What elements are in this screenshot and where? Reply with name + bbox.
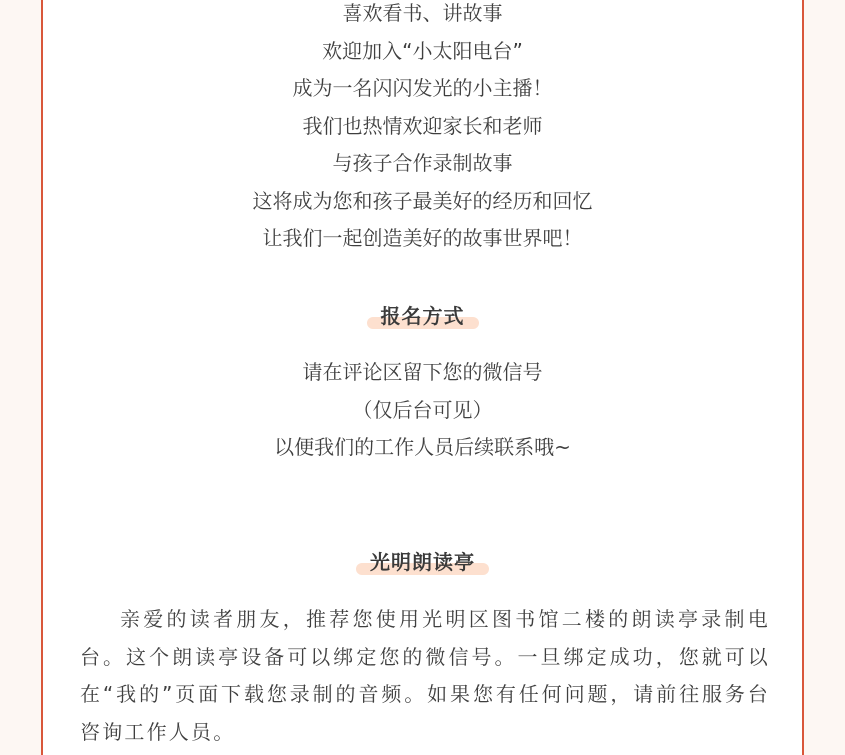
signup-heading: 报名方式 bbox=[367, 302, 479, 330]
signup-line: 以便我们的工作人员后续联系哦~ bbox=[43, 429, 802, 467]
signup-heading-text: 报名方式 bbox=[381, 304, 465, 328]
kiosk-heading: 光明朗读亭 bbox=[356, 548, 489, 576]
intro-line: 欢迎加入“小太阳电台” bbox=[43, 33, 802, 71]
kiosk-heading-text: 光明朗读亭 bbox=[370, 550, 475, 574]
intro-line: 我们也热情欢迎家长和老师 bbox=[43, 108, 802, 146]
signup-section: 请在评论区留下您的微信号 （仅后台可见） 以便我们的工作人员后续联系哦~ bbox=[43, 354, 802, 467]
intro-line: 这将成为您和孩子最美好的经历和回忆 bbox=[43, 183, 802, 221]
kiosk-heading-wrap: 光明朗读亭 bbox=[43, 548, 802, 576]
kiosk-paragraph: 亲爱的读者朋友，推荐您使用光明区图书馆二楼的朗读亭录制电台。这个朗读亭设备可以绑… bbox=[80, 601, 770, 751]
article-card: 喜欢看书、讲故事 欢迎加入“小太阳电台” 成为一名闪闪发光的小主播！ 我们也热情… bbox=[41, 0, 804, 755]
intro-line: 成为一名闪闪发光的小主播！ bbox=[43, 70, 802, 108]
intro-section: 喜欢看书、讲故事 欢迎加入“小太阳电台” 成为一名闪闪发光的小主播！ 我们也热情… bbox=[43, 0, 802, 258]
intro-line: 与孩子合作录制故事 bbox=[43, 145, 802, 183]
signup-line: 请在评论区留下您的微信号 bbox=[43, 354, 802, 392]
signup-heading-wrap: 报名方式 bbox=[43, 302, 802, 330]
signup-line: （仅后台可见） bbox=[43, 392, 802, 430]
intro-line: 喜欢看书、讲故事 bbox=[43, 0, 802, 33]
intro-line: 让我们一起创造美好的故事世界吧！ bbox=[43, 220, 802, 258]
